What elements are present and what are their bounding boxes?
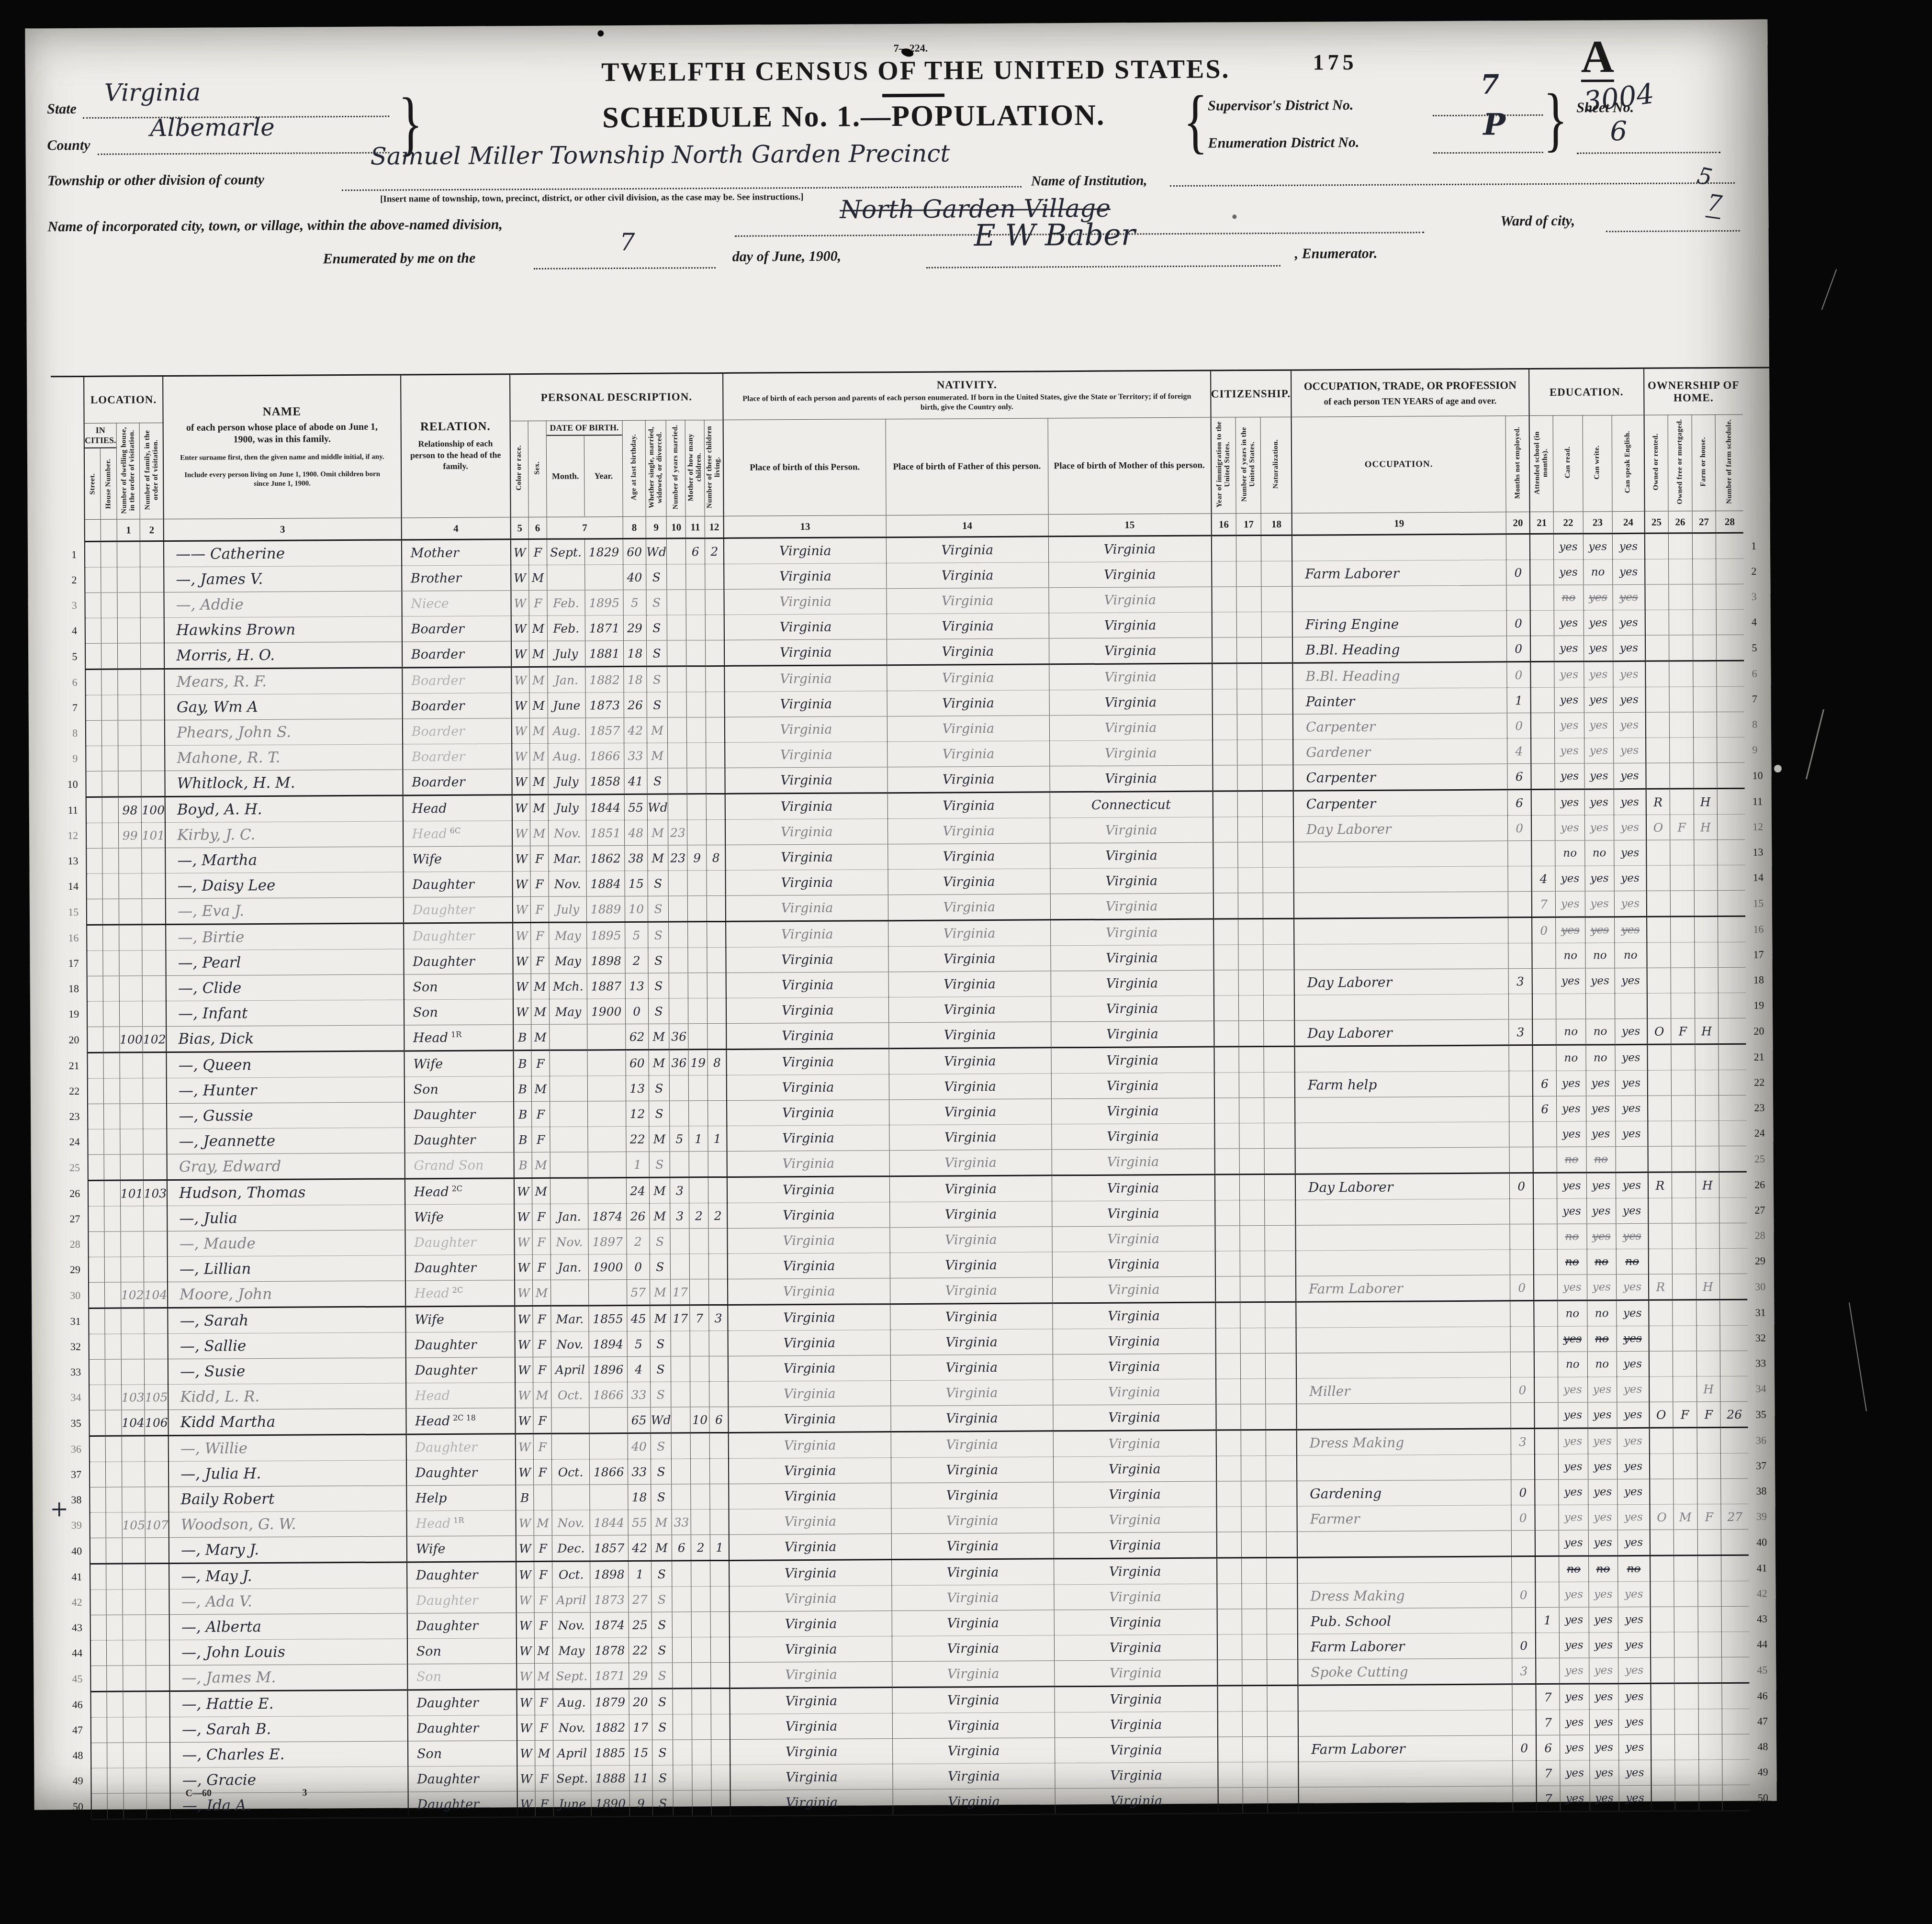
cell-house-number	[101, 618, 117, 643]
cell-pob-mother: Virginia	[1055, 1686, 1218, 1712]
cell-relation: Daughter	[404, 1127, 514, 1153]
cell-years-in-us	[1241, 1507, 1266, 1532]
cell-pob-mother: Virginia	[1051, 1123, 1214, 1150]
colnum-house	[101, 519, 117, 541]
cell-years-married	[667, 666, 686, 692]
cell-occupation	[1292, 534, 1506, 561]
cell-color: W	[514, 1255, 532, 1280]
cell-age: 0	[625, 998, 648, 1024]
cell-age: 29	[629, 1663, 652, 1689]
row-number-right: 17	[1746, 942, 1773, 967]
cell-can-speak-english: yes	[1619, 1760, 1651, 1785]
cell-farm-or-house: F	[1696, 1402, 1720, 1428]
enumeration-line	[1433, 152, 1543, 154]
cell-can-read: yes	[1560, 1684, 1589, 1710]
cell-years-in-us	[1238, 945, 1263, 970]
group-relation: RELATION. Relationship of each person to…	[401, 374, 511, 518]
cell-pob-mother: Virginia	[1050, 842, 1213, 869]
ward-line	[1606, 230, 1740, 232]
cell-dwelling-number	[120, 1052, 143, 1078]
cell-mother-of-children	[690, 1279, 709, 1305]
cell-can-read: yes	[1558, 1275, 1587, 1300]
cell-attended-school	[1535, 1428, 1559, 1454]
cell-immigration-year	[1213, 919, 1238, 945]
cell-pob-father: Virginia	[887, 588, 1049, 614]
row-number-left: 45	[57, 1666, 90, 1691]
cell-farm-or-house	[1693, 712, 1717, 738]
cell-attended-school	[1533, 1147, 1557, 1173]
cell-house-number	[107, 1717, 123, 1743]
cell-can-speak-english: yes	[1615, 1096, 1648, 1121]
cell-can-read: yes	[1560, 1735, 1590, 1760]
cell-pob-person: Virginia	[725, 691, 887, 717]
row-number-left: 43	[57, 1615, 90, 1640]
cell-farm-or-house	[1695, 1044, 1719, 1070]
cell-color: W	[515, 1434, 533, 1460]
cell-months-not-employed: 3	[1511, 1429, 1535, 1454]
cell-pob-father: Virginia	[888, 869, 1050, 895]
cell-street	[87, 951, 103, 976]
cell-years-in-us	[1242, 1686, 1267, 1711]
cell-name: —, Mary J.	[169, 1536, 407, 1564]
row-number-left: 21	[54, 1052, 87, 1078]
ink-speck-3	[1232, 214, 1236, 219]
cell-years-married	[668, 871, 687, 896]
cell-immigration-year	[1212, 689, 1237, 715]
cell-dwelling-number	[117, 567, 140, 593]
cell-can-write: yes	[1587, 1402, 1617, 1428]
cell-mother-of-children	[688, 948, 707, 973]
cell-farm-schedule	[1719, 1120, 1747, 1146]
cell-years-in-us	[1240, 1175, 1265, 1200]
cell-pob-father: Virginia	[889, 1124, 1052, 1151]
cell-can-read: yes	[1554, 636, 1584, 661]
cell-can-read: yes	[1560, 1710, 1589, 1735]
sheet-label: Sheet No.	[1576, 100, 1634, 116]
cell-can-speak-english: yes	[1613, 559, 1645, 584]
cell-relation: Head1R	[406, 1510, 516, 1536]
cell-years-married	[670, 1101, 689, 1126]
group-ownership: OWNERSHIP OF HOME.	[1644, 368, 1743, 415]
cell-dwelling-number	[118, 695, 141, 720]
cell-months-not-employed: 0	[1507, 713, 1531, 738]
cell-house-number	[104, 1206, 121, 1231]
cell-pob-person: Virginia	[729, 1483, 891, 1510]
cell-children-living	[706, 794, 725, 819]
cell-owned-or-rented	[1646, 891, 1670, 917]
cell-birth-year: 1829	[585, 539, 623, 565]
cell-age: 4	[627, 1356, 650, 1382]
cell-name: —, Ida A.	[170, 1792, 408, 1819]
cell-can-write: yes	[1589, 1710, 1619, 1735]
cell-birth-month: Jan.	[547, 667, 585, 693]
cell-name: Phears, John S.	[165, 719, 403, 746]
cell-birth-year: 1894	[589, 1331, 627, 1357]
cell-color: W	[517, 1766, 535, 1791]
cell-birth-year: 1895	[585, 590, 623, 615]
cell-years-in-us	[1243, 1762, 1268, 1788]
cell-house-number	[107, 1640, 123, 1666]
cell-children-living	[706, 768, 725, 794]
cell-age: 38	[625, 845, 648, 871]
cell-mother-of-children	[686, 564, 705, 590]
cell-owned-free-mortgaged	[1668, 559, 1692, 584]
cell-owned-free-mortgaged	[1674, 1734, 1698, 1760]
cell-years-married	[672, 1587, 691, 1612]
cell-color: W	[512, 718, 530, 744]
cell-farm-or-house	[1698, 1632, 1722, 1657]
cell-mother-of-children	[689, 1177, 708, 1203]
cell-relation: Wife	[403, 846, 512, 872]
cell-pob-mother: Virginia	[1055, 1788, 1218, 1814]
cell-owned-free-mortgaged	[1669, 610, 1693, 635]
cell-can-read: no	[1557, 1147, 1586, 1173]
cell-pob-person: Virginia	[725, 767, 887, 794]
cell-pob-father: Virginia	[886, 562, 1048, 589]
cell-owned-free-mortgaged	[1668, 533, 1692, 559]
cell-can-speak-english: yes	[1617, 1530, 1650, 1555]
schedule-title: SCHEDULE No. 1.—POPULATION.	[447, 98, 1260, 136]
cell-naturalization	[1268, 1762, 1298, 1787]
margin-spacer-right	[1742, 368, 1770, 533]
cell-pob-mother: Virginia	[1054, 1660, 1217, 1687]
cell-owned-free-mortgaged	[1675, 1785, 1699, 1811]
cell-pob-person: Virginia	[726, 947, 888, 973]
cell-pob-father: Virginia	[887, 690, 1049, 716]
cell-owned-or-rented	[1645, 687, 1669, 712]
cell-mother-of-children	[691, 1459, 710, 1484]
row-number-left: 12	[53, 823, 86, 848]
cell-pob-person: Virginia	[729, 1509, 891, 1535]
cell-immigration-year	[1214, 1123, 1239, 1149]
cell-color: W	[514, 1204, 532, 1230]
cell-street	[91, 1743, 107, 1768]
cell-street	[85, 593, 101, 618]
cell-months-not-employed	[1506, 585, 1530, 611]
cell-pob-father: Virginia	[888, 996, 1051, 1023]
cell-marital-status: M	[650, 1279, 671, 1305]
cell-occupation: Day Laborer	[1295, 1173, 1510, 1200]
cell-mother-of-children	[686, 640, 706, 666]
row-number-right: 8	[1744, 712, 1771, 737]
colnum-20: 20	[1506, 512, 1530, 534]
cell-family-number	[142, 848, 165, 873]
cell-pob-mother: Virginia	[1054, 1634, 1217, 1661]
cell-years-in-us	[1241, 1481, 1266, 1507]
cell-pob-mother: Virginia	[1051, 1047, 1214, 1074]
cell-can-write: yes	[1588, 1582, 1618, 1607]
cell-house-number	[106, 1564, 123, 1589]
cell-family-number	[141, 771, 165, 797]
row-number-right: 9	[1744, 737, 1771, 762]
cell-occupation	[1298, 1761, 1513, 1787]
row-number-left: 16	[54, 925, 87, 951]
cell-farm-schedule	[1717, 660, 1744, 686]
cell-can-read: no	[1556, 1045, 1586, 1071]
cell-can-write: yes	[1589, 1633, 1618, 1658]
institution-line	[1170, 182, 1735, 187]
cell-occupation	[1297, 1454, 1511, 1481]
cell-family-number	[140, 541, 164, 567]
cell-pob-person: Virginia	[730, 1586, 892, 1612]
cell-years-married: 33	[672, 1510, 691, 1535]
cell-color: B	[516, 1485, 534, 1510]
cell-marital-status: M	[647, 717, 668, 743]
cell-occupation: Painter	[1293, 688, 1507, 714]
cell-pob-person: Virginia	[725, 793, 887, 820]
cell-birth-year	[585, 565, 623, 590]
cell-marital-status: S	[646, 564, 667, 590]
cell-owned-free-mortgaged	[1671, 968, 1695, 993]
cell-farm-or-house	[1697, 1479, 1721, 1504]
row-number-right: 11	[1745, 788, 1772, 814]
cell-birth-month: Dec.	[552, 1535, 590, 1561]
cell-attended-school	[1535, 1556, 1559, 1582]
cell-marital-status: S	[651, 1459, 672, 1484]
cell-years-in-us	[1236, 612, 1261, 638]
cell-color: B	[514, 1102, 532, 1127]
margin-number-five: 5	[1695, 162, 1715, 191]
cell-owned-free-mortgaged	[1672, 1249, 1696, 1274]
cell-name: —, Martha	[165, 847, 403, 873]
cell-naturalization	[1263, 970, 1294, 995]
cell-occupation	[1297, 1531, 1512, 1557]
cell-color: W	[511, 667, 529, 693]
cell-color: W	[512, 795, 530, 821]
cell-children-living: 1	[708, 1126, 727, 1151]
cell-street	[90, 1512, 106, 1538]
cell-name: —, James M.	[169, 1664, 407, 1691]
cell-can-read: yes	[1555, 866, 1585, 891]
row-number-right: 30	[1747, 1274, 1774, 1299]
cell-farm-or-house	[1697, 1454, 1721, 1479]
header-owned-free-mortgaged: Owned free or mortgaged.	[1668, 415, 1692, 511]
cell-birth-year	[590, 1485, 628, 1510]
cell-dwelling-number	[121, 1359, 145, 1385]
cell-relation: Wife	[405, 1204, 514, 1230]
cell-can-read: yes	[1560, 1658, 1589, 1684]
cell-family-number	[146, 1538, 169, 1564]
cell-marital-status: S	[652, 1740, 673, 1765]
cell-pob-person: Virginia	[730, 1560, 892, 1587]
header-month: Month.	[546, 436, 584, 516]
cell-birth-month: Nov.	[548, 820, 586, 846]
cell-birth-year: 1885	[591, 1740, 629, 1765]
cell-mother-of-children	[688, 922, 707, 948]
row-number-left: 37	[56, 1462, 90, 1487]
cell-can-read: no	[1558, 1352, 1587, 1377]
colnum-25: 25	[1644, 511, 1668, 533]
cell-mother-of-children	[689, 1101, 708, 1126]
cell-farm-schedule	[1719, 1018, 1746, 1044]
cell-birth-year: 1866	[590, 1459, 628, 1485]
cell-house-number	[105, 1359, 122, 1385]
cell-street	[86, 746, 102, 771]
cell-attended-school	[1531, 789, 1555, 815]
cell-owned-free-mortgaged	[1673, 1376, 1696, 1402]
cell-can-write: yes	[1588, 1530, 1618, 1556]
row-number-right: 2	[1743, 559, 1770, 584]
cell-birth-year	[588, 1101, 626, 1127]
cell-pob-mother: Virginia	[1053, 1404, 1216, 1431]
cell-family-number	[144, 1206, 167, 1231]
sheet-letter: A	[1581, 34, 1614, 82]
cell-sex: M	[535, 1663, 553, 1689]
cell-months-not-employed	[1512, 1710, 1536, 1735]
colnum-4: 4	[401, 517, 510, 540]
cell-name: —, Julia H.	[168, 1460, 406, 1487]
cell-marital-status: S	[651, 1689, 673, 1714]
cell-house-number	[106, 1615, 123, 1640]
cell-sex: F	[534, 1587, 552, 1612]
cell-owned-free-mortgaged	[1671, 1070, 1695, 1096]
cell-marital-status: S	[651, 1637, 673, 1663]
row-number-right: 43	[1749, 1606, 1776, 1632]
cell-color: W	[517, 1689, 535, 1715]
cell-age: 42	[624, 717, 647, 743]
cell-family-number	[143, 1001, 166, 1027]
cell-years-in-us	[1238, 893, 1263, 919]
cell-attended-school	[1534, 1300, 1558, 1326]
cell-relation: Head	[403, 795, 512, 821]
cell-sex: F	[532, 1204, 550, 1229]
cell-pob-mother: Virginia	[1050, 817, 1213, 843]
cell-name: —, Maude	[168, 1230, 405, 1257]
cell-years-in-us	[1242, 1609, 1267, 1634]
cell-birth-month: Mar.	[548, 846, 586, 871]
cell-pob-father: Virginia	[887, 613, 1049, 639]
cell-age: 62	[626, 1024, 649, 1050]
cell-owned-or-rented	[1649, 1428, 1673, 1454]
cell-age: 13	[625, 973, 648, 998]
cell-occupation: Farm Laborer	[1296, 1275, 1510, 1302]
cell-pob-person: Virginia	[727, 1125, 889, 1152]
cell-birth-month: May	[549, 922, 587, 948]
enumerator-suffix: , Enumerator.	[1295, 246, 1378, 262]
cell-street	[85, 567, 101, 593]
row-number-right: 39	[1749, 1504, 1775, 1529]
cell-children-living: 8	[707, 845, 726, 870]
cell-owned-free-mortgaged	[1674, 1555, 1697, 1581]
cell-owned-or-rented	[1649, 1326, 1673, 1351]
row-number-right: 46	[1750, 1683, 1776, 1709]
cell-sex: M	[529, 667, 548, 693]
cell-owned-or-rented	[1645, 610, 1669, 635]
cell-birth-year: 1898	[587, 948, 625, 973]
cell-pob-mother: Virginia	[1052, 1226, 1215, 1252]
cell-children-living: 1	[710, 1534, 729, 1560]
cell-owned-free-mortgaged	[1674, 1530, 1697, 1555]
cell-occupation	[1296, 1301, 1510, 1328]
cell-children-living	[710, 1458, 729, 1484]
cell-farm-or-house	[1695, 1121, 1719, 1146]
cell-pob-father: Virginia	[889, 1048, 1051, 1074]
cell-farm-schedule	[1718, 942, 1746, 967]
cell-birth-month: June	[553, 1791, 592, 1817]
cell-attended-school	[1532, 968, 1556, 994]
cell-years-married	[669, 998, 688, 1024]
cell-years-in-us	[1242, 1558, 1267, 1584]
cell-relation: Daughter	[404, 897, 513, 923]
cell-pob-father: Virginia	[887, 818, 1050, 844]
cell-years-in-us	[1239, 1073, 1264, 1098]
dob-label: DATE OF BIRTH.	[546, 421, 622, 436]
cell-immigration-year	[1213, 765, 1237, 791]
cell-months-not-employed: 0	[1511, 1377, 1535, 1403]
cell-naturalization	[1262, 637, 1292, 663]
cell-owned-free-mortgaged	[1671, 1044, 1695, 1070]
cell-relation: Head6C	[403, 821, 512, 847]
cell-occupation: Farm help	[1295, 1071, 1509, 1097]
cell-can-write: no	[1587, 1352, 1617, 1377]
cell-months-not-employed	[1511, 1531, 1535, 1556]
cell-farm-schedule	[1717, 762, 1745, 788]
cell-naturalization	[1264, 1148, 1295, 1174]
cell-attended-school	[1532, 1045, 1556, 1071]
cell-mother-of-children: 10	[690, 1407, 709, 1433]
cell-marital-status: M	[650, 1305, 671, 1331]
cell-street	[86, 695, 102, 720]
cell-marital-status: S	[646, 615, 667, 640]
cell-farm-schedule	[1719, 1146, 1747, 1172]
cell-birth-year: 1874	[590, 1612, 629, 1637]
cell-street	[89, 1334, 105, 1359]
cell-farm-schedule	[1717, 686, 1744, 712]
cell-family-number: 102	[143, 1027, 167, 1052]
cell-farm-schedule	[1721, 1453, 1749, 1478]
cell-name: —, Julia	[167, 1205, 405, 1231]
cell-years-married	[667, 590, 686, 615]
cell-street	[90, 1462, 106, 1487]
cell-occupation: Day Laborer	[1294, 969, 1509, 995]
cell-house-number	[103, 925, 119, 951]
cell-relation: Boarder	[403, 718, 512, 744]
cell-months-not-employed	[1508, 866, 1532, 892]
cell-pob-father: Virginia	[889, 1175, 1052, 1202]
cell-naturalization	[1264, 1072, 1295, 1097]
cell-children-living	[710, 1611, 730, 1637]
cell-years-married	[667, 615, 686, 640]
cell-children-living	[707, 870, 726, 895]
cell-sex: F	[530, 871, 549, 896]
colnum-2: 2	[140, 519, 164, 541]
cell-farm-schedule	[1720, 1376, 1748, 1401]
cell-name: —, Infant	[166, 1000, 404, 1027]
cell-family-number	[147, 1793, 171, 1819]
occupation-subtitle: of each person TEN YEARS of age and over…	[1292, 392, 1528, 408]
cell-occupation	[1294, 994, 1509, 1020]
cell-owned-free-mortgaged	[1674, 1657, 1698, 1683]
colnum-13: 13	[724, 515, 886, 538]
cell-sex: F	[531, 1050, 550, 1076]
cell-pob-mother: Virginia	[1048, 536, 1212, 562]
row-number-right: 15	[1745, 890, 1772, 916]
cell-street	[88, 1154, 104, 1180]
cell-years-married	[673, 1765, 692, 1790]
cell-occupation: Farm Laborer	[1292, 560, 1506, 586]
colnum-24: 24	[1612, 511, 1645, 533]
cell-farm-or-house	[1694, 917, 1718, 942]
cell-mother-of-children	[692, 1663, 711, 1689]
cell-years-in-us	[1242, 1634, 1267, 1660]
cell-house-number	[107, 1743, 124, 1768]
cell-birth-month: April	[553, 1740, 591, 1766]
cell-dwelling-number	[124, 1768, 147, 1793]
cell-sex: M	[534, 1638, 552, 1663]
cell-marital-status: Wd	[646, 538, 667, 564]
cell-can-write: yes	[1586, 1173, 1616, 1198]
page-stamp: 175	[1313, 49, 1358, 75]
